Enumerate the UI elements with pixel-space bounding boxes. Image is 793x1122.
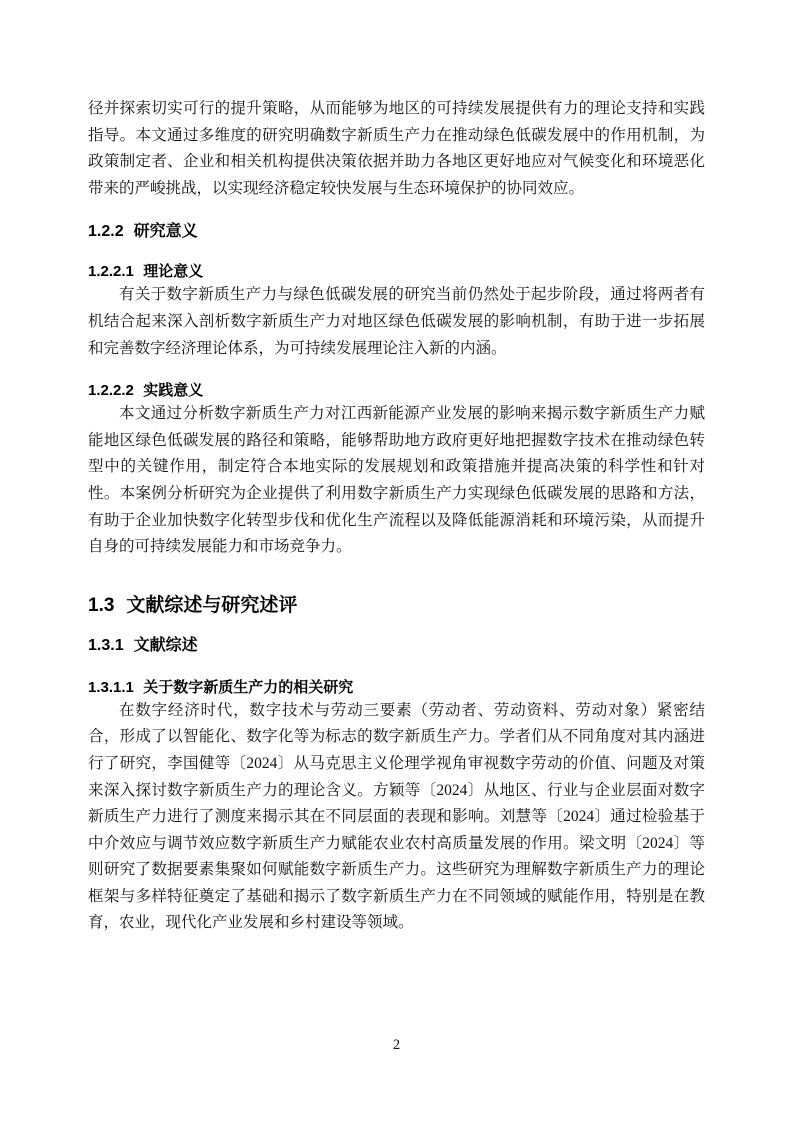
heading-1-3-1-1-digital-new-productivity-research: 1.3.1.1 关于数字新质生产力的相关研究 — [88, 677, 705, 698]
paragraph-digital-new-productivity-research: 在数字经济时代，数字技术与劳动三要素（劳动者、劳动资料、劳动对象）紧密结合，形成… — [88, 698, 705, 937]
page-content: 径并探索切实可行的提升策略，从而能够为地区的可持续发展提供有力的理论支持和实践指… — [0, 0, 793, 937]
paragraph-theoretical-significance: 有关于数字新质生产力与绿色低碳发展的研究当前仍然处于起步阶段，通过将两者有机结合… — [88, 282, 705, 362]
page-number: 2 — [0, 1035, 793, 1055]
heading-1-2-2-1-theoretical-significance: 1.2.2.1 理论意义 — [88, 261, 705, 282]
heading-1-2-2-research-significance: 1.2.2 研究意义 — [88, 221, 705, 243]
document-page: 径并探索切实可行的提升策略，从而能够为地区的可持续发展提供有力的理论支持和实践指… — [0, 0, 793, 1122]
paragraph-continuation: 径并探索切实可行的提升策略，从而能够为地区的可持续发展提供有力的理论支持和实践指… — [88, 96, 705, 202]
heading-1-3-1-literature-summary: 1.3.1 文献综述 — [88, 635, 705, 657]
paragraph-practical-significance: 本文通过分析数字新质生产力对江西新能源产业发展的影响来揭示数字新质生产力赋能地区… — [88, 401, 705, 561]
heading-1-3-literature-review: 1.3 文献综述与研究述评 — [88, 593, 705, 619]
heading-1-2-2-2-practical-significance: 1.2.2.2 实践意义 — [88, 380, 705, 401]
